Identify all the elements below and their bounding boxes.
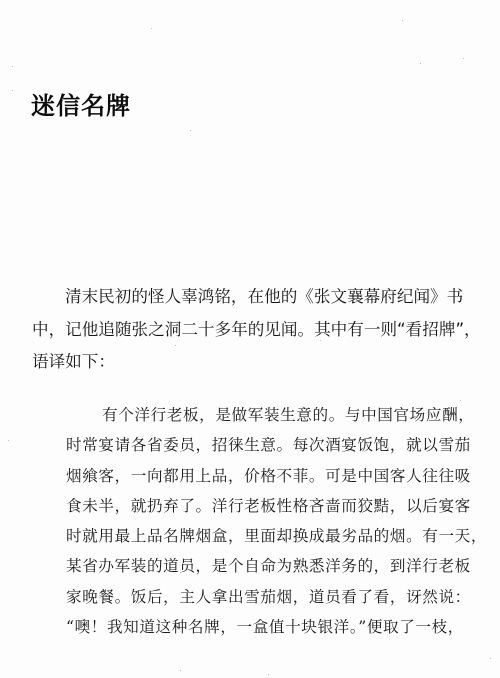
scan-speck (402, 20, 403, 21)
quote-line: 有个洋行老板，是做军装生意的。与中国官场应酬， (66, 402, 466, 432)
quote-line: “噢！我知道这种名牌，一盒值十块银洋。”便取了一枝， (66, 614, 466, 644)
quote-line: 某省办军装的道员，是个自命为熟悉洋务的，到洋行老板 (66, 553, 466, 583)
scan-speck (175, 345, 176, 346)
scan-speck (8, 440, 9, 441)
quote-line: 时常宴请各省委员，招徕生意。每次酒宴饭饱，就以雪茄 (66, 432, 466, 462)
scan-speck (180, 670, 181, 671)
scan-speck (12, 90, 13, 91)
scan-speck (320, 340, 321, 341)
intro-line: 中，记他追随张之洞二十多年的见闻。其中有一则“看招牌”， (32, 317, 472, 350)
quote-line: 食未半，就扔弃了。洋行老板性格吝啬而狡黠，以后宴客 (66, 493, 466, 523)
scan-speck (460, 400, 461, 401)
scan-speck (463, 58, 464, 59)
book-page: 迷信名牌 清末民初的怪人辜鸿铭，在他的《张文襄幕府纪闻》书 中，记他追随张之洞二… (0, 0, 500, 678)
scan-speck (190, 130, 191, 131)
intro-line: 语译如下： (32, 349, 472, 382)
scan-speck (151, 28, 152, 29)
chapter-title: 迷信名牌 (31, 92, 131, 120)
scan-speck (420, 63, 421, 64)
quote-line: 时就用最上品名牌烟盒，里面却换成最劣品的烟。有一天， (66, 523, 466, 553)
scan-speck (268, 674, 269, 675)
intro-line: 清末民初的怪人辜鸿铭，在他的《张文襄幕府纪闻》书 (32, 284, 472, 317)
quote-line: 烟飨客，一向都用上品，价格不菲。可是中国客人往往吸 (66, 463, 466, 493)
quoted-translation-paragraph: 有个洋行老板，是做军装生意的。与中国官场应酬， 时常宴请各省委员，招徕生意。每次… (66, 402, 466, 644)
intro-paragraph: 清末民初的怪人辜鸿铭，在他的《张文襄幕府纪闻》书 中，记他追随张之洞二十多年的见… (32, 284, 472, 382)
scan-speck (12, 66, 13, 67)
quote-line: 家晚餐。饭后，主人拿出雪茄烟，道员看了看，讶然说： (66, 584, 466, 614)
scan-speck (490, 658, 491, 659)
